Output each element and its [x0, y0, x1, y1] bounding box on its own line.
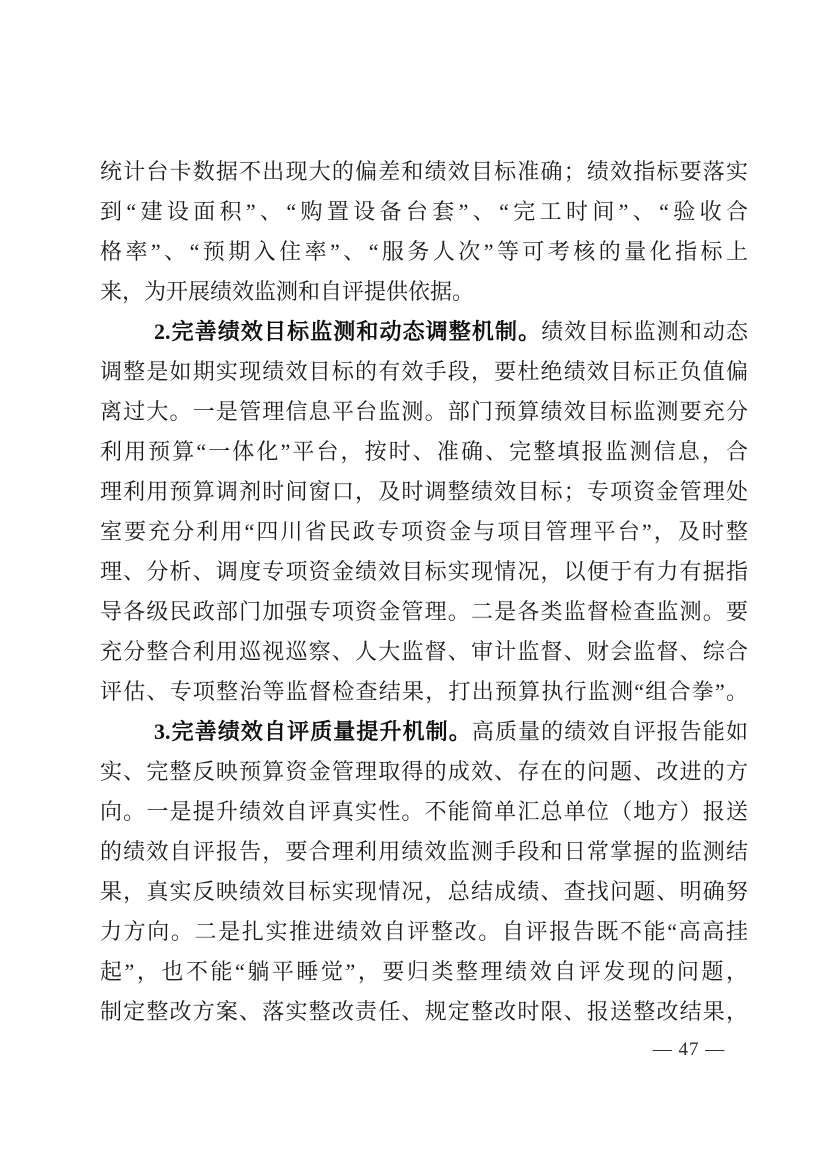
text-line: 理利用预算调剂时间窗口，及时调整绩效目标；专项资金管理处 — [100, 472, 748, 512]
body-text: 统计台卡数据不出现大的偏差和绩效目标准确；绩效指标要落实到“建设面积”、“购置设… — [100, 152, 748, 1032]
text-line: 实、完整反映预算资金管理取得的成效、存在的问题、改进的方 — [100, 752, 748, 792]
text-line: 到“建设面积”、“购置设备台套”、“完工时间”、“验收合 — [100, 192, 748, 232]
text-line: 制定整改方案、落实整改责任、规定整改时限、报送整改结果， — [100, 992, 748, 1032]
text-line: 调整是如期实现绩效目标的有效手段，要杜绝绩效目标正负值偏 — [100, 352, 748, 392]
text-line: 果，真实反映绩效目标实现情况，总结成绩、查找问题、明确努 — [100, 872, 748, 912]
text-line: 3.完善绩效自评质量提升机制。高质量的绩效自评报告能如 — [100, 712, 748, 752]
document-page: 统计台卡数据不出现大的偏差和绩效目标准确；绩效指标要落实到“建设面积”、“购置设… — [0, 0, 826, 1169]
text-line: 2.完善绩效目标监测和动态调整机制。绩效目标监测和动态 — [100, 312, 748, 352]
text-line: 向。一是提升绩效自评真实性。不能简单汇总单位（地方）报送 — [100, 792, 748, 832]
page-number: — 47 — — [643, 1036, 735, 1064]
text-line: 利用预算“一体化”平台，按时、准确、完整填报监测信息，合 — [100, 432, 748, 472]
text-line: 的绩效自评报告，要合理利用绩效监测手段和日常掌握的监测结 — [100, 832, 748, 872]
text-line: 来，为开展绩效监测和自评提供依据。 — [100, 272, 748, 312]
paragraph-bold-lead: 3.完善绩效自评质量提升机制。 — [154, 719, 472, 744]
text-line: 格率”、“预期入住率”、“服务人次”等可考核的量化指标上 — [100, 232, 748, 272]
text-line: 导各级民政部门加强专项资金管理。二是各类监督检查监测。要 — [100, 592, 748, 632]
text-line: 室要充分利用“四川省民政专项资金与项目管理平台”，及时整 — [100, 512, 748, 552]
text-line: 评估、专项整治等监督检查结果，打出预算执行监测“组合拳”。 — [100, 672, 748, 712]
text-line: 离过大。一是管理信息平台监测。部门预算绩效目标监测要充分 — [100, 392, 748, 432]
paragraph-bold-lead: 2.完善绩效目标监测和动态调整机制。 — [154, 319, 541, 344]
text-line: 起”，也不能“躺平睡觉”，要归类整理绩效自评发现的问题， — [100, 952, 748, 992]
text-line: 力方向。二是扎实推进绩效自评整改。自评报告既不能“高高挂 — [100, 912, 748, 952]
text-line: 统计台卡数据不出现大的偏差和绩效目标准确；绩效指标要落实 — [100, 152, 748, 192]
text-line: 理、分析、调度专项资金绩效目标实现情况，以便于有力有据指 — [100, 552, 748, 592]
text-line: 充分整合利用巡视巡察、人大监督、审计监督、财会监督、综合 — [100, 632, 748, 672]
